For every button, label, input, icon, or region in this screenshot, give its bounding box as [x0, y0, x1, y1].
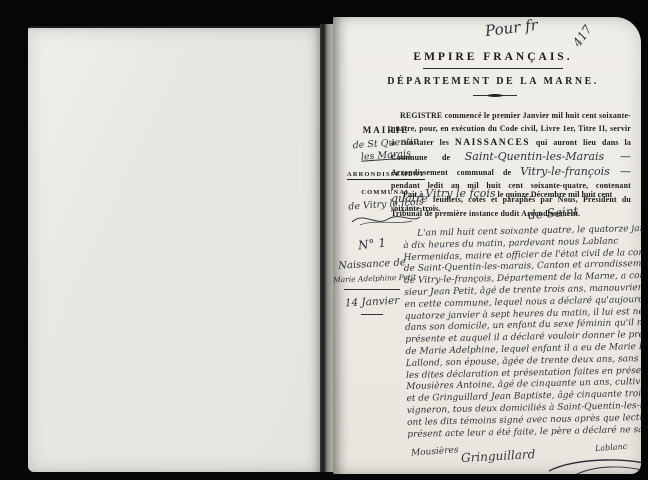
witness-signature-left: Mousières: [411, 445, 459, 458]
swelled-rule-divider: [473, 94, 517, 97]
acte-naissance-label: Naissance de: [333, 257, 411, 272]
page-title: EMPIRE FRANÇAIS.: [373, 51, 613, 63]
acte-child-name: Marie Adelphine Petit: [333, 273, 411, 285]
margin-rule-short: [361, 314, 383, 315]
signature-paraph-flourish: [545, 455, 641, 474]
naissances-word: NAISSANCES: [455, 138, 530, 148]
fait-lieu-handwritten: Vitry le fçois: [425, 187, 495, 200]
margin-rule: [344, 289, 400, 290]
top-handwritten-note: Pour fr: [484, 17, 539, 40]
left-blank-page: [28, 26, 320, 472]
title-rule: [423, 68, 563, 69]
corner-folio-mark: 417: [570, 23, 595, 50]
registre-printed-3: Arrondissement communal de: [391, 168, 520, 177]
mayor-signature: Lablanc: [595, 442, 628, 453]
page-subtitle: DÉPARTEMENT DE LA MARNE.: [363, 76, 623, 87]
register-page: Pour fr 417 EMPIRE FRANÇAIS. DÉPARTEMENT…: [333, 17, 641, 474]
acte-handwritten-body: L'an mil huit cent soixante quatre, le q…: [403, 223, 641, 441]
arrondissement-handwritten: Vitry-le-françois —: [520, 165, 631, 178]
witness-signature-center: Gringuillard: [461, 447, 536, 465]
commune-handwritten: Saint-Quentin-les-Marais —: [465, 150, 631, 163]
acte-number: N° 1: [333, 233, 412, 255]
book-spine-gutter: [320, 24, 334, 472]
fait-printed-1: Fait à: [403, 190, 425, 199]
acte-date: 14 Janvier: [333, 294, 411, 310]
acte-margin-block: N° 1 Naissance de Marie Adelphine Petit …: [333, 237, 411, 315]
fait-line: Fait à Vitry le fçois le quinze Décembre…: [391, 187, 631, 216]
